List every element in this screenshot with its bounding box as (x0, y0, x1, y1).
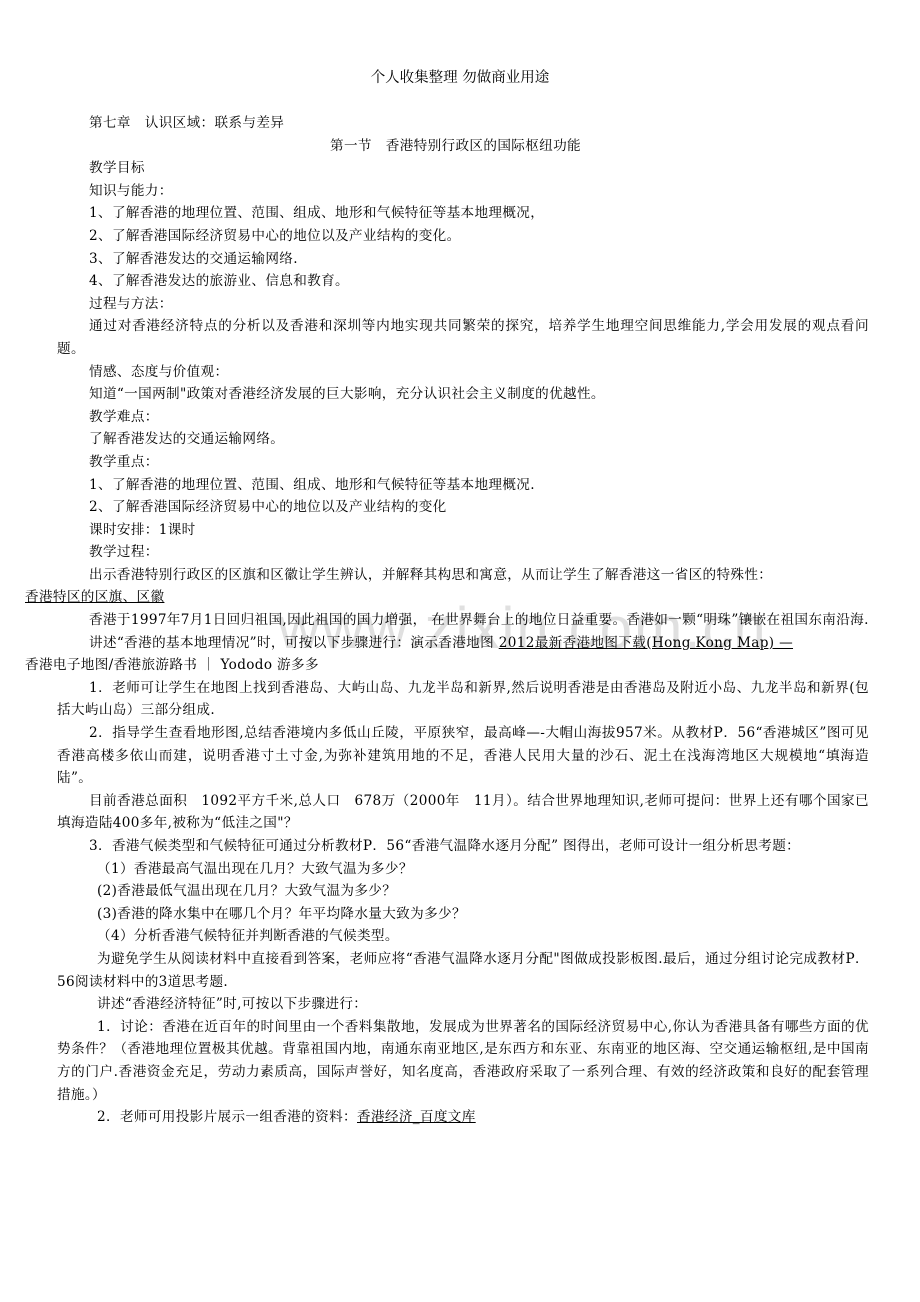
flag-intro-paragraph: 出示香港特别行政区的区旗和区徽让学生辨认，并解释其构思和寓意，从而让学生了解香港… (57, 564, 869, 609)
question-item: (3)香港的降水集中在哪几个月？年平均降水量大致为多少？ (57, 903, 869, 926)
step-1-text: 1．老师可让学生在地图上找到香港岛、大屿山岛、九龙半岛和新界,然后说明香港是由香… (57, 677, 869, 722)
question-item: （4）分析香港气候特征并判断香港的气候类型。 (57, 925, 869, 948)
map-link-text-2[interactable]: 香港电子地图/香港旅游路书 ｜ Yododo 游多多 (25, 654, 319, 677)
key-point-item: 1、了解香港的地理位置、范围、组成、地形和气候特征等基本地理概况. (57, 474, 869, 497)
area-text: 目前香港总面积 1092平方千米,总人口 678万（2000年 11月）。结合世… (57, 790, 869, 835)
page-header: 个人收集整理 勿做商业用途 (0, 66, 920, 87)
process-text: 通过对香港经济特点的分析以及香港和深圳等内地实现共同繁荣的探究，培养学生地理空间… (57, 315, 869, 360)
hk-economy-link[interactable]: 香港经济_百度文库 (357, 1109, 476, 1125)
econ-step-2-text: 2．老师可用投影片展示一组香港的资料： (97, 1109, 357, 1125)
question-item: (2)香港最低气温出现在几月？大致气温为多少？ (57, 880, 869, 903)
document-body: 第七章 认识区域：联系与差异 第一节 香港特别行政区的国际枢纽功能 教学目标 知… (57, 112, 869, 1129)
econ-intro: 讲述“香港经济特征”时,可按以下步骤进行： (57, 993, 869, 1016)
avoid-text: 为避免学生从阅读材料中直接看到答案，老师应将“香港气温降水逐月分配"图做成投影板… (57, 948, 869, 993)
geo-intro-text: 讲述“香港的基本地理情况”时，可按以下步骤进行：演示香港地图 (89, 635, 494, 651)
geo-intro-paragraph: 讲述“香港的基本地理情况”时，可按以下步骤进行：演示香港地图 2012最新香港地… (57, 632, 869, 677)
key-point-item: 2、了解香港国际经济贸易中心的地位以及产业结构的变化 (57, 496, 869, 519)
econ-step-2: 2．老师可用投影片展示一组香港的资料：香港经济_百度文库 (57, 1106, 869, 1129)
key-points-heading: 教学重点： (57, 451, 869, 474)
step-2-text: 2．指导学生查看地形图,总结香港境内多低山丘陵，平原狭窄，最高峰—-大帽山海拔9… (57, 722, 869, 790)
return-text: 香港于1997年7月1日回归祖国,因此祖国的国力增强， 在世界舞台上的地位日益重… (57, 609, 869, 632)
emotion-heading: 情感、态度与价值观： (57, 361, 869, 384)
difficulty-heading: 教学难点： (57, 406, 869, 429)
objectives-heading: 教学目标 (57, 157, 869, 180)
schedule: 课时安排：1课时 (57, 519, 869, 542)
flag-link[interactable]: 香港特区的区旗、区徽 (25, 589, 164, 605)
knowledge-item: 2、了解香港国际经济贸易中心的地位以及产业结构的变化。 (57, 225, 869, 248)
knowledge-item: 3、了解香港发达的交通运输网络. (57, 248, 869, 271)
section-title: 第一节 香港特别行政区的国际枢纽功能 (57, 135, 869, 158)
process-steps-heading: 教学过程： (57, 541, 869, 564)
knowledge-heading: 知识与能力： (57, 180, 869, 203)
step-3-text: 3．香港气候类型和气候特征可通过分析教材P．56“香港气温降水逐月分配” 图得出… (57, 835, 869, 858)
flag-intro-text: 出示香港特别行政区的区旗和区徽让学生辨认，并解释其构思和寓意，从而让学生了解香港… (89, 567, 772, 583)
chapter-title: 第七章 认识区域：联系与差异 (57, 112, 869, 135)
question-item: （1）香港最高气温出现在几月？大致气温为多少？ (57, 858, 869, 881)
econ-step-1-text: 1．讨论：香港在近百年的时间里由一个香料集散地，发展成为世界著名的国际经济贸易中… (57, 1016, 869, 1106)
map-link-text-1[interactable]: 2012最新香港地图下载(Hong Kong Map) — (499, 635, 793, 651)
knowledge-item: 1、了解香港的地理位置、范围、组成、地形和气候特征等基本地理概况， (57, 202, 869, 225)
difficulty-text: 了解香港发达的交通运输网络。 (57, 428, 869, 451)
knowledge-item: 4、了解香港发达的旅游业、信息和教育。 (57, 270, 869, 293)
process-heading: 过程与方法： (57, 293, 869, 316)
emotion-text: 知道“一国两制"政策对香港经济发展的巨大影响，充分认识社会主义制度的优越性。 (57, 383, 869, 406)
